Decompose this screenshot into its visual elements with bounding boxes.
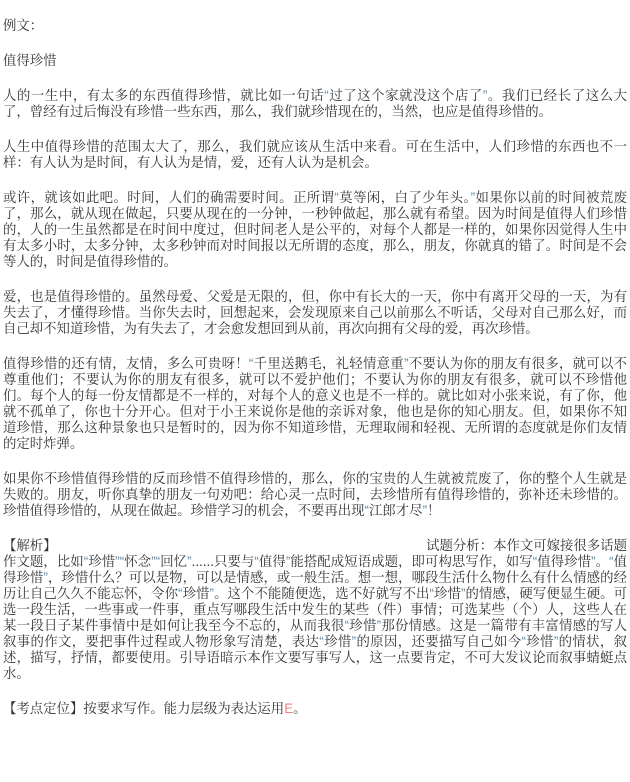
analysis-label: 【解析】 — [3, 538, 57, 554]
quote-mark: ” — [43, 570, 47, 585]
document-page: 例文： 值得珍惜 人的一生中，有太多的东西值得珍惜，就比如一句话“过了这个家就没… — [0, 0, 630, 717]
quote-mark: ” — [404, 356, 408, 371]
analysis-body: 作文题，比如“珍惜”“怀念”“回忆”......只要与“值得”能搭配成短语成题，… — [3, 554, 627, 682]
quote-mark: ” — [352, 634, 356, 649]
quote-mark: ” — [286, 554, 290, 569]
quote-mark: “ — [319, 634, 323, 649]
quote-mark: “ — [84, 554, 88, 569]
quote-mark: ” — [471, 190, 475, 205]
quote-mark: “ — [249, 356, 253, 371]
essay-paragraph: 爱，也是值得珍惜的。虽然母爱、父爱是无限的，但，你中有长大的一天，你中有离开父母… — [3, 289, 627, 337]
ability-grade-value: E — [284, 701, 293, 716]
quote-mark: ” — [554, 634, 558, 649]
quote-mark: “ — [430, 586, 434, 601]
essay-paragraph: 如果你不珍惜值得珍惜的反而珍惜不值得珍惜的，那么，你的宝贵的人生就被荒废了，你的… — [3, 471, 627, 519]
quote-mark: “ — [156, 554, 160, 569]
quote-mark: “ — [120, 554, 124, 569]
exam-point-line: 【考点定位】按要求写作。能力层级为表达运用E。 — [3, 701, 627, 717]
exam-point-text: 【考点定位】按要求写作。能力层级为表达运用 — [3, 701, 284, 716]
exam-point-period: 。 — [293, 701, 306, 716]
quote-mark: ” — [210, 586, 214, 601]
quote-mark: ” — [483, 88, 487, 103]
quote-mark: “ — [254, 554, 258, 569]
quote-mark: ” — [591, 554, 595, 569]
essay-paragraph: 人的一生中，有太多的东西值得珍惜，就比如一句话“过了这个家就没这个店了”。我们已… — [3, 88, 627, 120]
quote-mark: “ — [334, 190, 338, 205]
essay-paragraph: 值得珍惜的还有情，友情，多么可贵呀！“千里送鹅毛，礼轻情意重”不要认为你的朋友有… — [3, 356, 627, 452]
quote-mark: ” — [377, 618, 381, 633]
essay-paragraph: 或许，就该如此吧。时间，人们的确需要时间。正所谓“莫等闲，白了少年头。”如果你以… — [3, 190, 627, 270]
quote-mark: “ — [365, 503, 369, 518]
quote-mark: ” — [423, 503, 427, 518]
quote-mark: “ — [324, 88, 328, 103]
quote-mark: “ — [178, 586, 182, 601]
analysis-header-line: 【解析】 试题分析：本作文可嫁接很多话题 — [3, 538, 627, 554]
essay-title: 值得珍惜 — [3, 53, 627, 69]
quote-mark: “ — [521, 634, 525, 649]
analysis-topic-heading: 试题分析：本作文可嫁接很多话题 — [426, 538, 627, 554]
essay-paragraph: 人生中值得珍惜的范围太大了，那么，我们就应该从生活中来看。可在生活中，人们珍惜的… — [3, 139, 627, 171]
quote-mark: “ — [533, 554, 537, 569]
quote-mark: “ — [609, 554, 613, 569]
quote-mark: ” — [187, 554, 191, 569]
quote-mark: “ — [345, 618, 349, 633]
example-label: 例文： — [3, 18, 627, 34]
quote-mark: ” — [461, 586, 465, 601]
